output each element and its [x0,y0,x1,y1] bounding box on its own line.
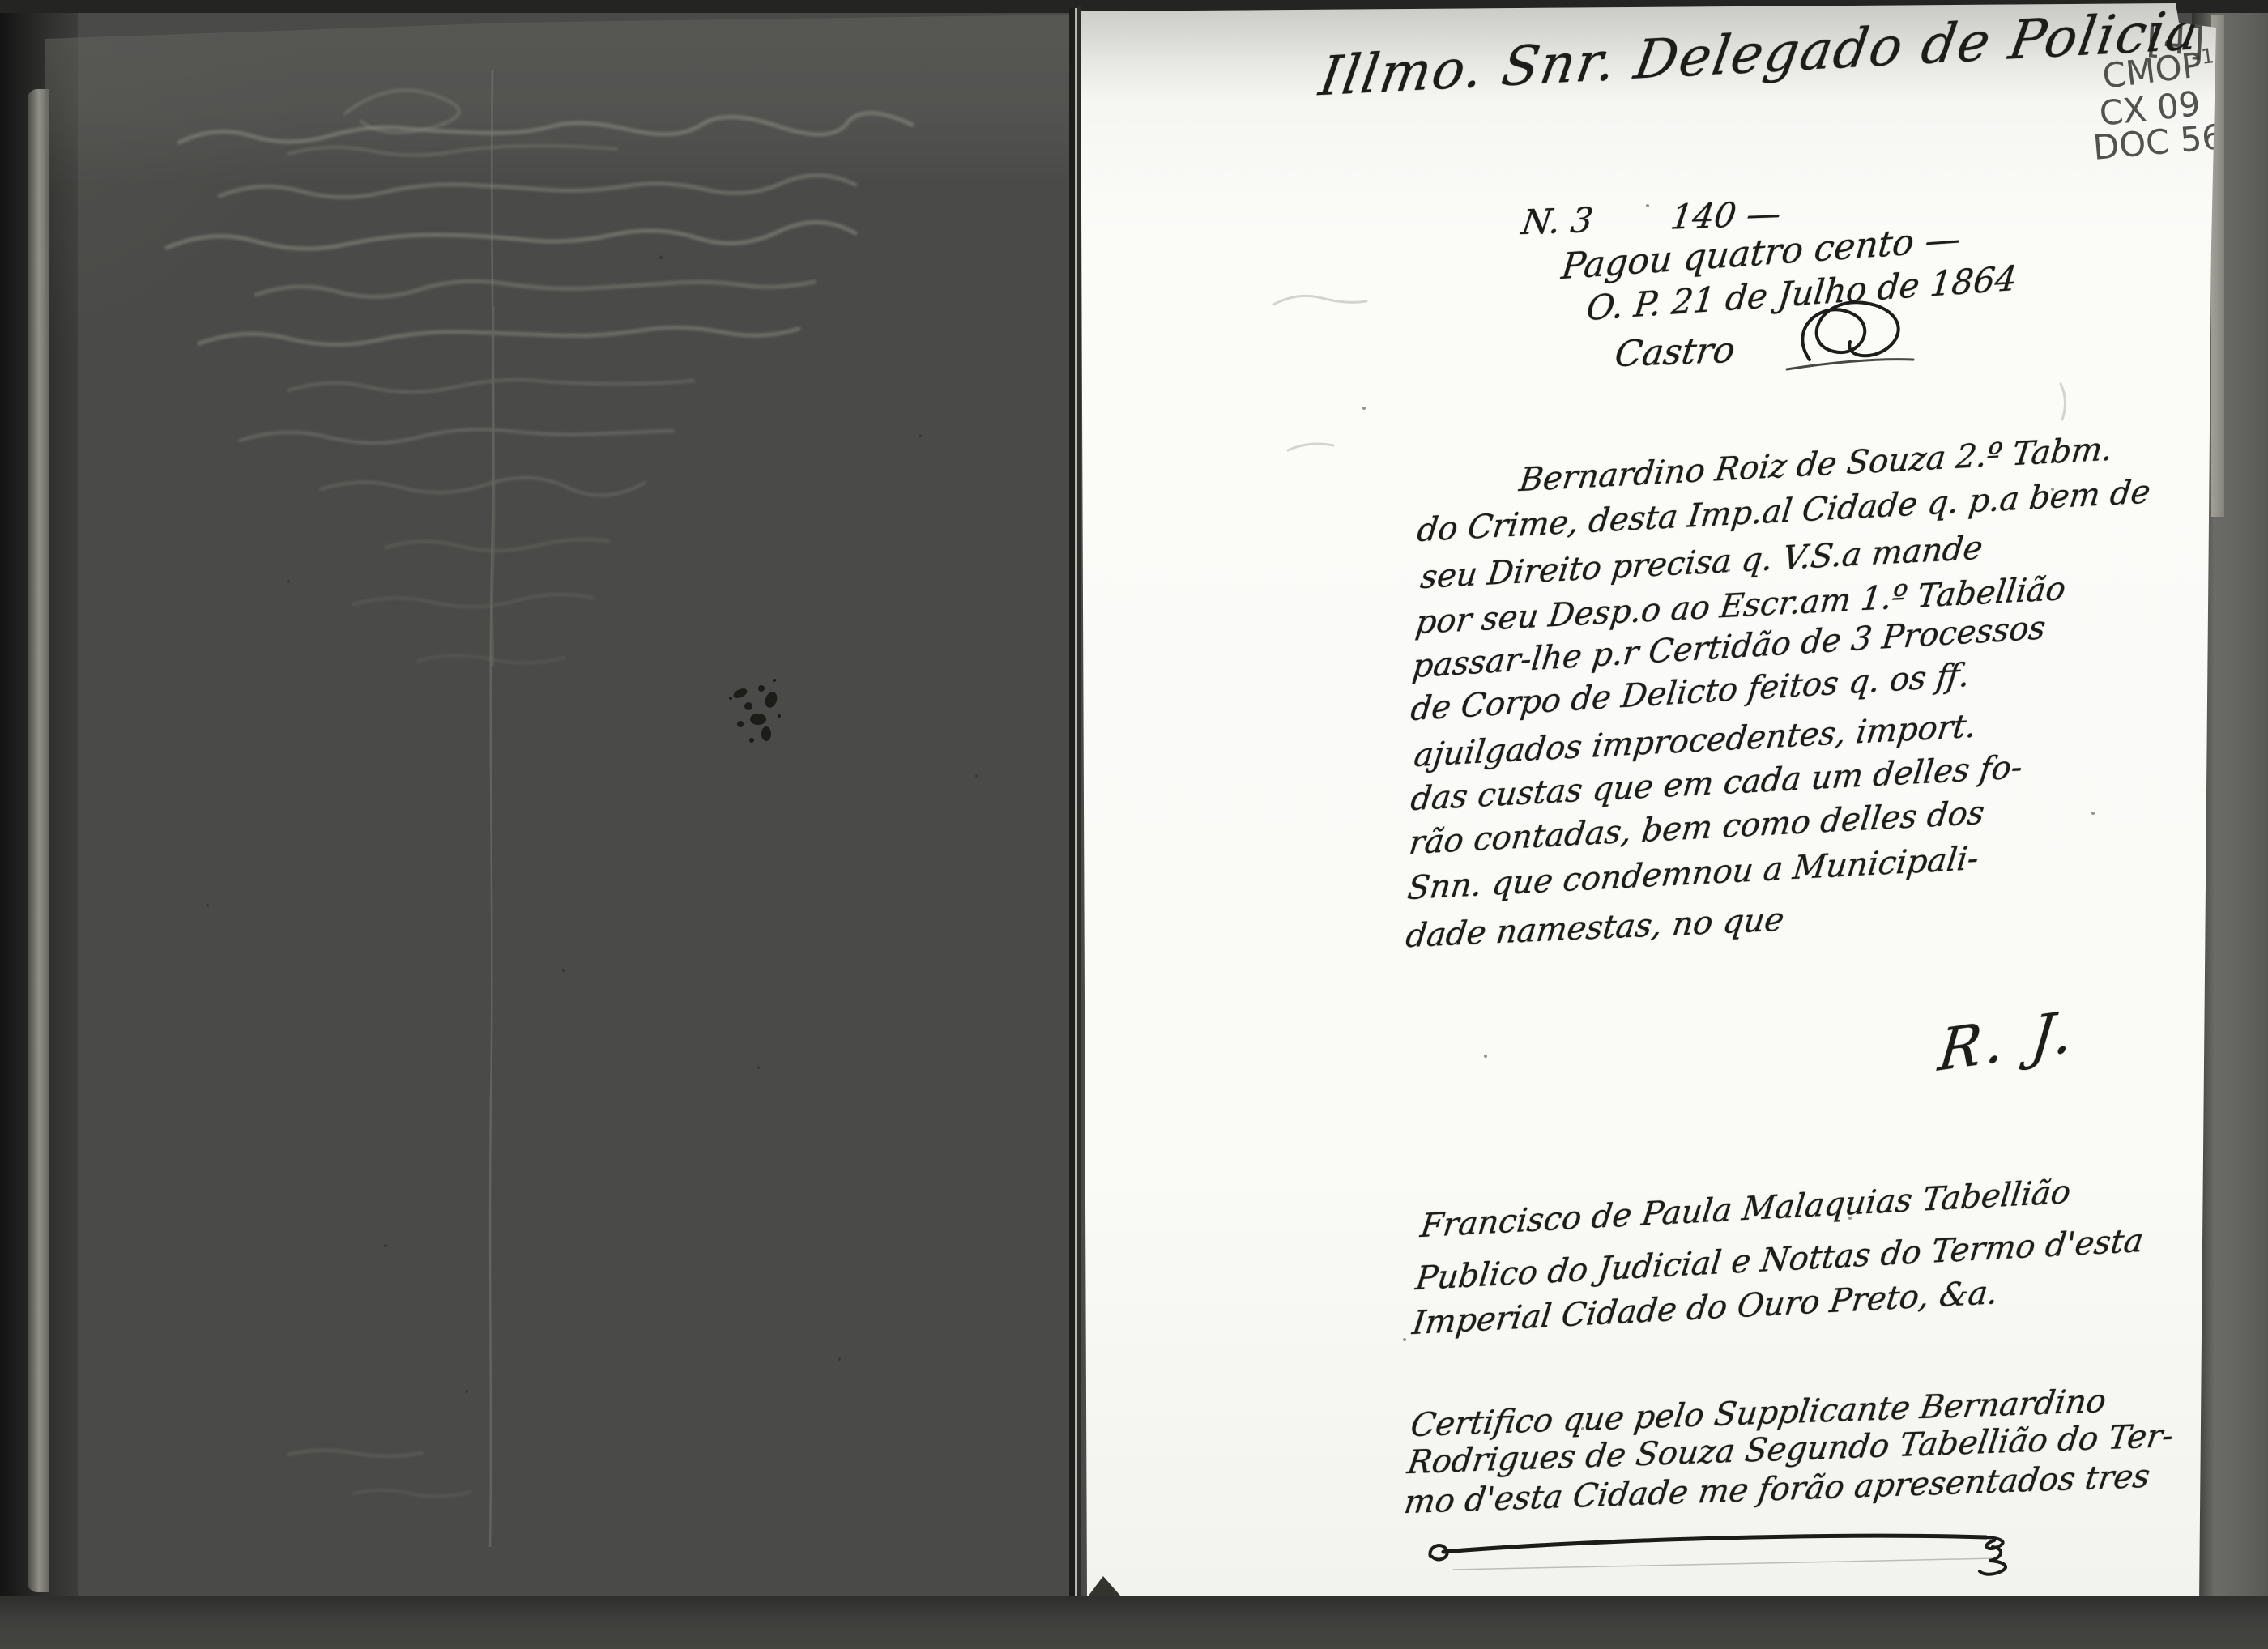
scanned-document: [4] CMOP14 CX 09 DOC 56 Illmo. Snr. Dele… [0,0,2268,1649]
closing-rule-flourish [1430,1536,2006,1574]
page-gutter-edge [1077,6,1081,1599]
right-page: [4] CMOP14 CX 09 DOC 56 Illmo. Snr. Dele… [1081,3,2219,1605]
left-page [45,15,1074,1596]
scanner-background-bottom [0,1596,2268,1649]
docket-gap [1602,229,1659,231]
page-gutter-shadow [1069,8,1075,1597]
paper-specks [206,256,978,1394]
fold-crease [490,70,494,1547]
docket-value: 140 — [1669,194,1784,237]
despatch-signature: Castro [1612,330,1737,375]
ink-blot [729,679,781,743]
docket-number: N. 3 [1520,200,1596,242]
archival-collection-superscript: 1 [2200,44,2215,69]
bleed-through-ghost-writing [45,15,1074,1596]
